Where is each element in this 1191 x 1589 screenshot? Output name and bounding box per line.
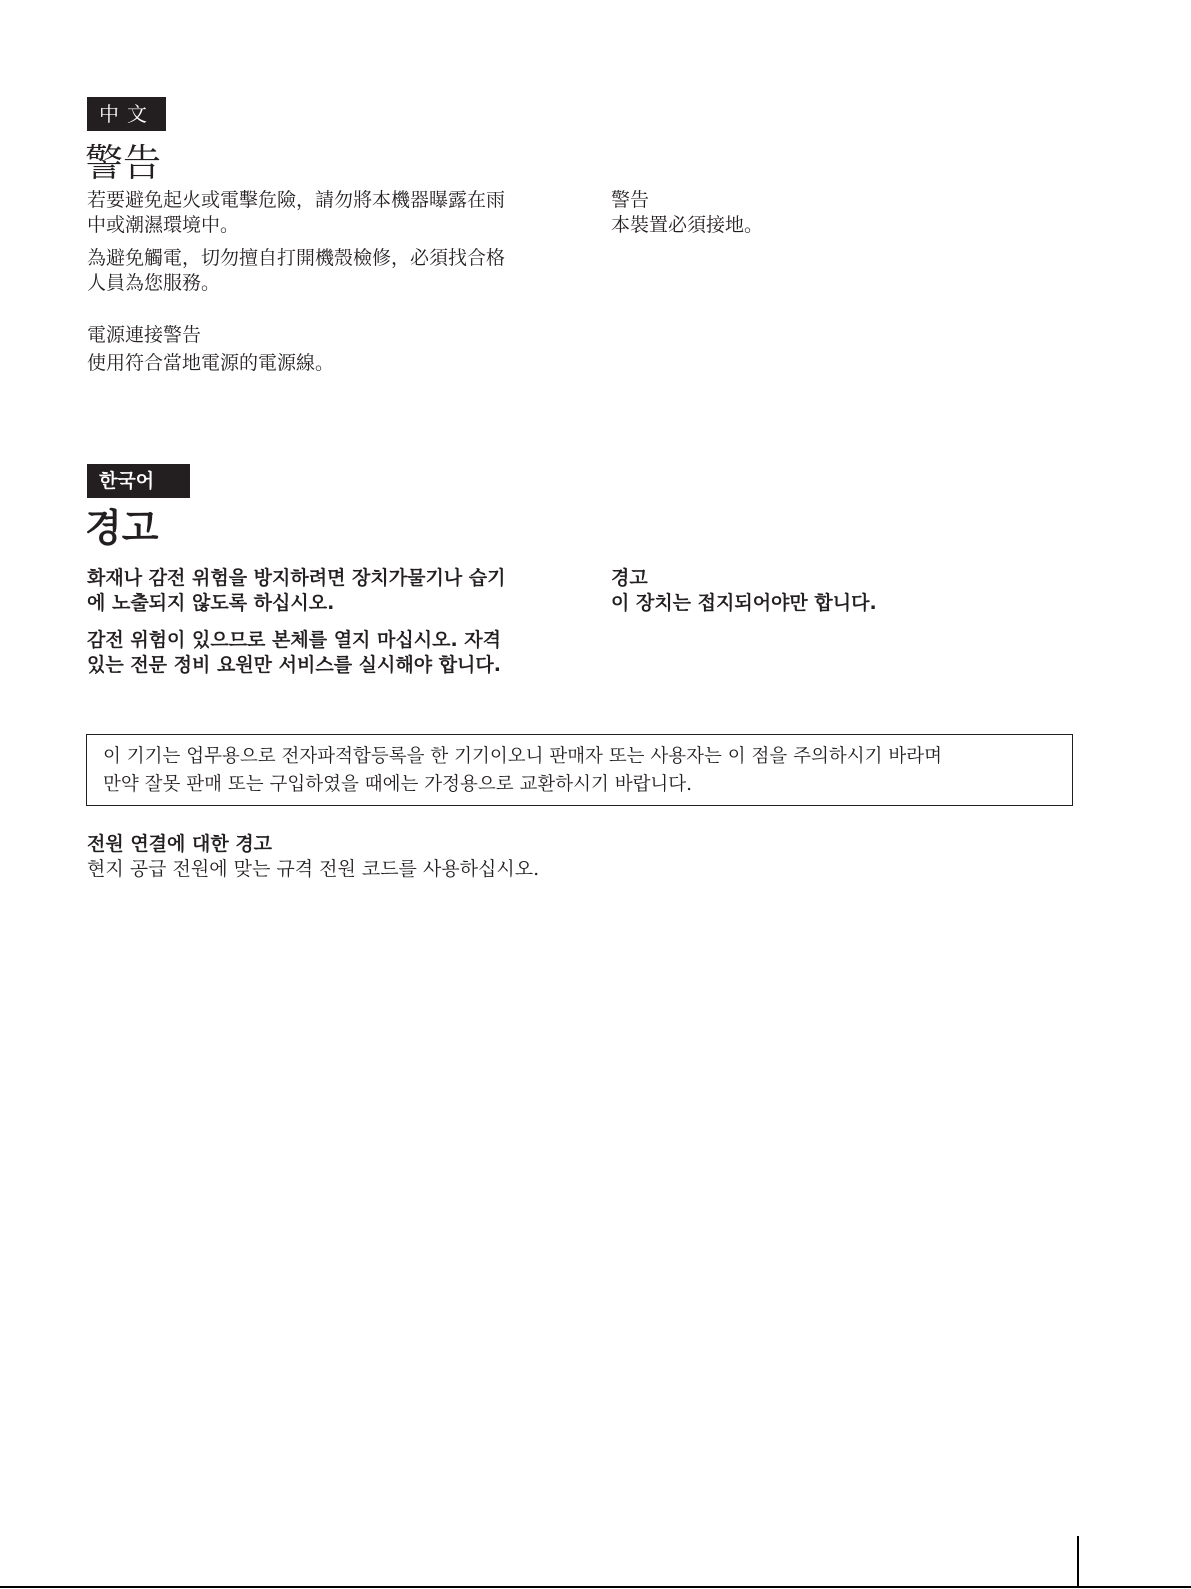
text-line: 中或潮濕環境中。 [87,213,557,238]
text-line: 에 노출되지 않도록 하십시오. [87,591,567,616]
chinese-warning-paragraph-2: 為避免觸電，切勿擅自打開機殼檢修，必須找合格 人員為您服務。 [87,246,557,296]
chinese-power-warning-text: 使用符合當地電源的電源線。 [87,351,334,376]
notice-line: 이 기기는 업무용으로 전자파적합등록을 한 기기이오니 판매자 또는 사용자는… [103,743,1056,771]
korean-ground-warning-title: 경고 [611,566,648,591]
text-line: 감전 위험이 있으므로 본체를 열지 마십시오. 자격 [87,628,567,653]
text-line: 為避免觸電，切勿擅自打開機殼檢修，必須找合格 [87,246,557,271]
text-line: 있는 전문 정비 요원만 서비스를 실시해야 합니다. [87,653,567,678]
korean-power-warning-text: 현지 공급 전원에 맞는 규격 전원 코드를 사용하십시오. [87,857,539,882]
text-line: 若要避免起火或電擊危險，請勿將本機器曝露在雨 [87,188,557,213]
language-label-chinese: 中文 [87,97,166,131]
korean-ground-warning-text: 이 장치는 접지되어야만 합니다. [611,591,877,616]
section-heading-chinese: 警告 [85,141,161,185]
chinese-ground-warning-title: 警告 [611,188,649,213]
notice-line: 만약 잘못 판매 또는 구입하였을 때에는 가정용으로 교환하시기 바랍니다. [103,771,1056,799]
text-line: 화재나 감전 위험을 방지하려면 장치가물기나 습기 [87,566,567,591]
page-bottom-rule [0,1586,1191,1588]
korean-power-warning-title: 전원 연결에 대한 경고 [87,832,272,857]
chinese-power-warning-title: 電源連接警告 [87,323,201,348]
page-margin-rule-vertical [1077,1536,1079,1588]
language-label-korean: 한국어 [87,464,190,498]
emc-notice-box: 이 기기는 업무용으로 전자파적합등록을 한 기기이오니 판매자 또는 사용자는… [86,734,1073,806]
text-line: 人員為您服務。 [87,271,557,296]
section-heading-korean: 경고 [85,506,158,550]
korean-warning-paragraph-1: 화재나 감전 위험을 방지하려면 장치가물기나 습기 에 노출되지 않도록 하십… [87,566,567,616]
korean-warning-paragraph-2: 감전 위험이 있으므로 본체를 열지 마십시오. 자격 있는 전문 정비 요원만… [87,628,567,678]
chinese-ground-warning-text: 本裝置必須接地。 [611,213,763,238]
chinese-warning-paragraph-1: 若要避免起火或電擊危險，請勿將本機器曝露在雨 中或潮濕環境中。 [87,188,557,238]
